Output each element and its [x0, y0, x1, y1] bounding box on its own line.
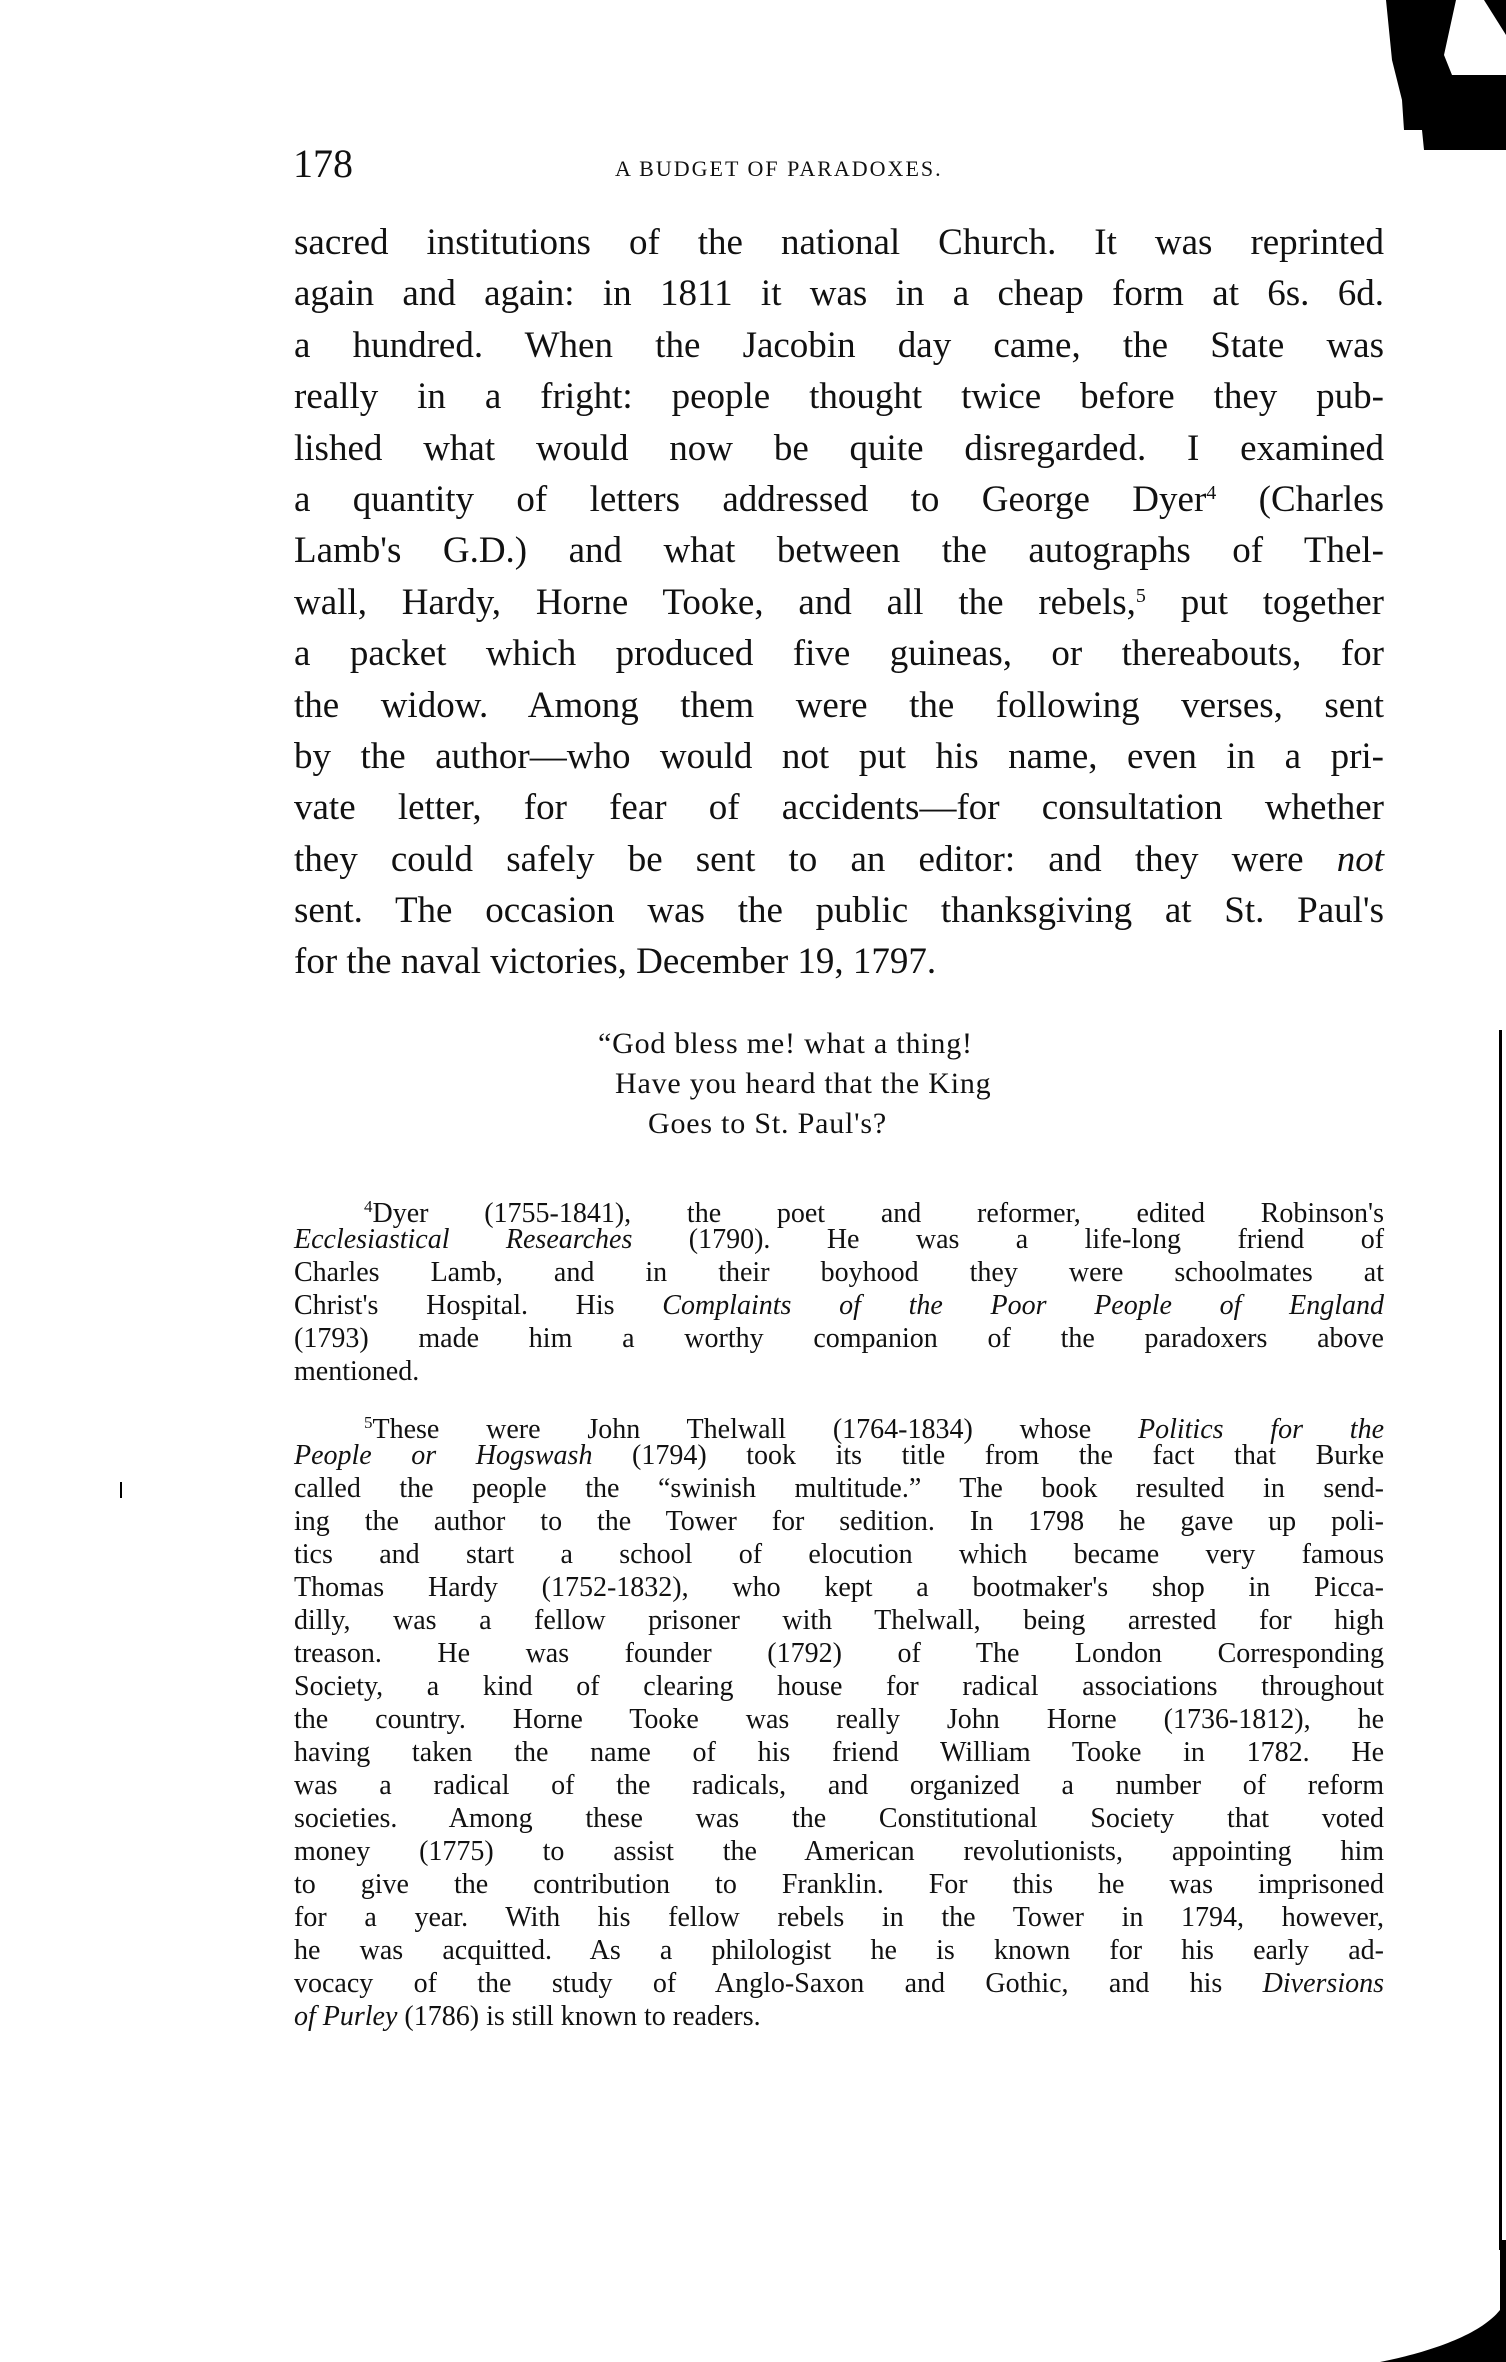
footnote-marker: 4	[364, 1197, 373, 1216]
verse-line: “God bless me! what a thing!	[598, 1024, 1198, 1064]
footnote-line: was a radical of the radicals, and organ…	[294, 1769, 1384, 1802]
scan-artifact-bottom-right	[1380, 2240, 1506, 2362]
footnote-line: for a year. With his fellow rebels in th…	[294, 1901, 1384, 1934]
body-text-segment: put together	[1181, 582, 1384, 623]
body-line: for the naval victories, December 19, 17…	[294, 936, 1384, 987]
footnote-line: Christ's Hospital. His Complaints of the…	[294, 1289, 1384, 1322]
body-text-segment: (Charles	[1259, 479, 1384, 520]
footnote-line: having taken the name of his friend Will…	[294, 1736, 1384, 1769]
footnote-text: (1794) took its title from the fact that…	[632, 1440, 1384, 1471]
body-line: the widow. Among them were the following…	[294, 680, 1384, 731]
body-text-segment: they could safely be sent to an editor: …	[294, 839, 1304, 880]
footnote-line: the country. Horne Tooke was really John…	[294, 1703, 1384, 1736]
verse-line: Have you heard that the King	[598, 1064, 1198, 1104]
body-line: wall, Hardy, Horne Tooke, and all the re…	[294, 577, 1384, 628]
footnote-line: People or Hogswash (1794) took its title…	[294, 1439, 1384, 1472]
scan-artifact-top-right	[1384, 0, 1506, 150]
running-head: 178 A BUDGET OF PARADOXES.	[293, 142, 1383, 192]
body-line: sent. The occasion was the public thanks…	[294, 885, 1384, 936]
footnote-line: ing the author to the Tower for sedition…	[294, 1505, 1384, 1538]
body-line: by the author—who would not put his name…	[294, 731, 1384, 782]
footnote-text: Christ's Hospital. His	[294, 1290, 615, 1321]
footnote-line: he was acquitted. As a philologist he is…	[294, 1934, 1384, 1967]
footnotes: 4Dyer (1755-1841), the poet and reformer…	[294, 1190, 1384, 2033]
footnote-text: (1790). He was a life-long friend of	[689, 1224, 1384, 1255]
footnote-line: called the people the “swinish multitude…	[294, 1472, 1384, 1505]
footnote-line: mentioned.	[294, 1355, 1384, 1388]
footnote-5: 5These were John Thelwall (1764-1834) wh…	[294, 1406, 1384, 2033]
footnote-line: 4Dyer (1755-1841), the poet and reformer…	[294, 1190, 1384, 1223]
scan-artifact-left-tick	[120, 1482, 122, 1498]
book-title: People or Hogswash	[294, 1440, 592, 1471]
body-line: vate letter, for fear of accidents—for c…	[294, 782, 1384, 833]
body-line: lished what would now be quite disregard…	[294, 423, 1384, 474]
footnote-line: dilly, was a fellow prisoner with Thelwa…	[294, 1604, 1384, 1637]
footnote-4: 4Dyer (1755-1841), the poet and reformer…	[294, 1190, 1384, 1388]
footnote-text: vocacy of the study of Anglo-Saxon and G…	[294, 1968, 1222, 1999]
running-title: A BUDGET OF PARADOXES.	[615, 154, 943, 184]
book-title: Diversions	[1263, 1968, 1384, 1999]
footnote-line: (1793) made him a worthy companion of th…	[294, 1322, 1384, 1355]
body-line: a hundred. When the Jacobin day came, th…	[294, 320, 1384, 371]
body-line: a quantity of letters addressed to Georg…	[294, 474, 1384, 525]
body-paragraph: sacred institutions of the national Chur…	[294, 217, 1384, 988]
body-text-segment: wall, Hardy, Horne Tooke, and all the re…	[294, 582, 1136, 623]
body-line: they could safely be sent to an editor: …	[294, 834, 1384, 885]
body-line: Lamb's G.D.) and what between the autogr…	[294, 525, 1384, 576]
footnote-line: societies. Among these was the Constitut…	[294, 1802, 1384, 1835]
footnote-line: Charles Lamb, and in their boyhood they …	[294, 1256, 1384, 1289]
footnote-marker: 5	[364, 1413, 373, 1432]
footnote-line: Society, a kind of clearing house for ra…	[294, 1670, 1384, 1703]
footnote-line: Ecclesiastical Researches (1790). He was…	[294, 1223, 1384, 1256]
footnote-text: (1786) is still known to readers.	[404, 2001, 760, 2032]
footnote-line: of Purley (1786) is still known to reade…	[294, 2000, 1384, 2033]
footnote-line: Thomas Hardy (1752-1832), who kept a boo…	[294, 1571, 1384, 1604]
body-line: a packet which produced five guineas, or…	[294, 628, 1384, 679]
footnote-line: to give the contribution to Franklin. Fo…	[294, 1868, 1384, 1901]
page-number: 178	[293, 142, 353, 186]
book-title: Ecclesiastical Researches	[294, 1224, 632, 1255]
verse-line: Goes to St. Paul's?	[598, 1104, 1198, 1144]
body-line: sacred institutions of the national Chur…	[294, 217, 1384, 268]
scan-artifact-edge-line	[1499, 1030, 1502, 2250]
book-title: of Purley	[294, 2001, 397, 2032]
footnote-ref-4[interactable]: 4	[1206, 482, 1216, 504]
body-line: really in a fright: people thought twice…	[294, 371, 1384, 422]
footnote-line: tics and start a school of elocution whi…	[294, 1538, 1384, 1571]
footnote-line: 5These were John Thelwall (1764-1834) wh…	[294, 1406, 1384, 1439]
footnote-line: treason. He was founder (1792) of The Lo…	[294, 1637, 1384, 1670]
footnote-ref-5[interactable]: 5	[1136, 585, 1146, 607]
verse-quotation: “God bless me! what a thing! Have you he…	[598, 1024, 1198, 1144]
body-line: again and again: in 1811 it was in a che…	[294, 268, 1384, 319]
footnote-line: money (1775) to assist the American revo…	[294, 1835, 1384, 1868]
body-text-segment: a quantity of letters addressed to Georg…	[294, 479, 1206, 520]
footnote-line: vocacy of the study of Anglo-Saxon and G…	[294, 1967, 1384, 2000]
footnote-spacer	[294, 1388, 1384, 1406]
emphasis-not: not	[1337, 839, 1384, 880]
book-title: Complaints of the Poor People of England	[662, 1290, 1384, 1321]
